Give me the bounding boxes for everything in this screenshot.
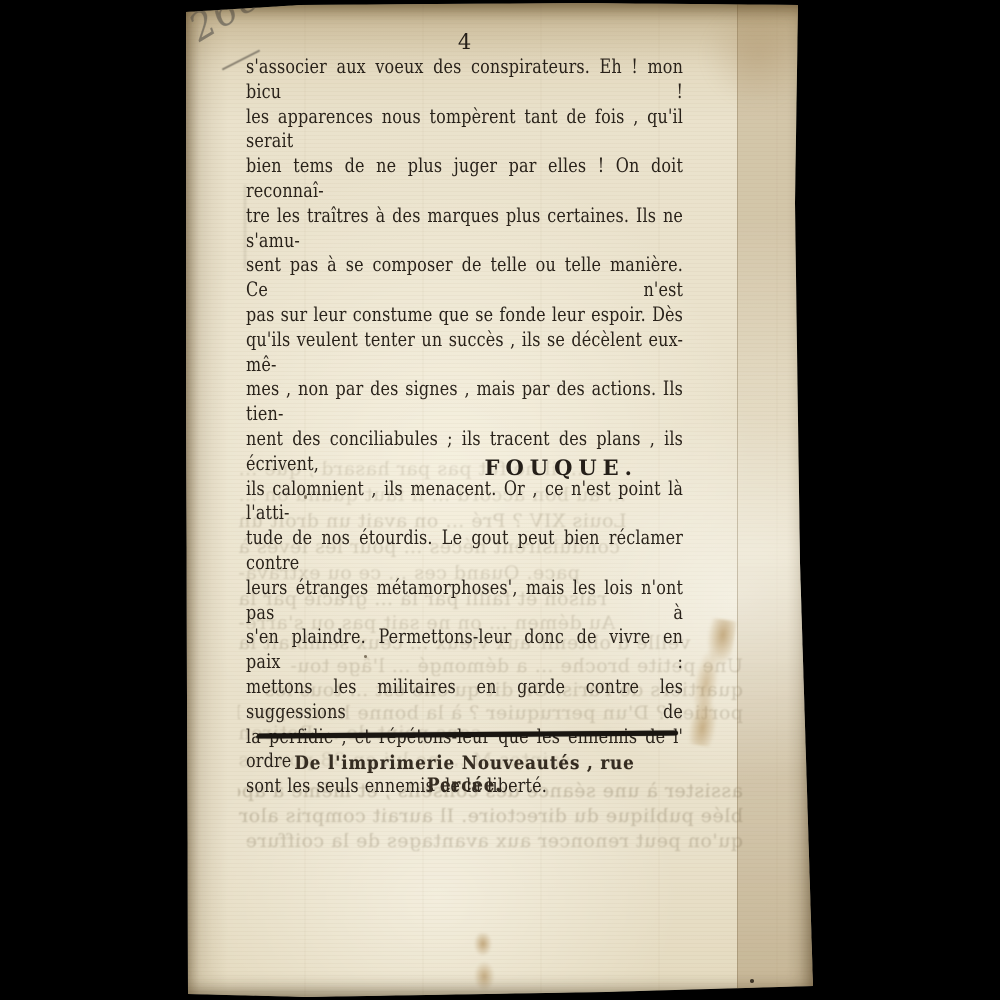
paragraph-line: sent pas à se composer de telle ou telle… bbox=[246, 253, 683, 303]
bleedthrough-line: qu'on peut renoncer aux avantages de la … bbox=[238, 832, 743, 851]
paragraph-line: qu'ils veulent tenter un succès , ils se… bbox=[246, 328, 683, 378]
paragraph-line: s'en plaindre. Permettons-leur donc de v… bbox=[246, 625, 683, 675]
paragraph-line: tude de nos étourdis. Le gout peut bien … bbox=[246, 526, 683, 576]
main-paragraph: s'associer aux voeux des conspirateurs. … bbox=[246, 55, 683, 799]
paragraph-line: bien tems de ne plus juger par elles ! O… bbox=[246, 154, 683, 204]
paragraph-line: mettons les militaires en garde contre l… bbox=[246, 675, 683, 725]
stain-bottom bbox=[470, 933, 496, 993]
stain-top-right bbox=[686, 11, 806, 121]
page-number: 4 bbox=[246, 30, 683, 54]
paragraph-line: mes , non par des signes , mais par des … bbox=[246, 377, 683, 427]
imprint-text: De l'imprimerie Nouveautés , rue Percée. bbox=[272, 752, 657, 796]
document-page: … il ne fut pas par hasard , que …… au b… bbox=[186, 3, 813, 997]
right-edge-fold-band bbox=[737, 3, 814, 997]
bleedthrough-line: blée publique du directoire. Il aurait c… bbox=[238, 807, 743, 826]
paragraph-line: s'associer aux voeux des conspirateurs. … bbox=[246, 55, 683, 105]
signature: FOUQUE. bbox=[246, 455, 683, 480]
paragraph-line: ils calomnient , ils menacent. Or , ce n… bbox=[246, 477, 683, 527]
paragraph-line: pas sur leur constume que se fonde leur … bbox=[246, 303, 683, 328]
stain-right-hook bbox=[681, 616, 737, 748]
signature-text: FOUQUE. bbox=[485, 455, 638, 480]
paragraph-line: leurs étranges métamorphoses', mais les … bbox=[246, 576, 683, 626]
ink-speck bbox=[750, 979, 754, 983]
photo-background: … il ne fut pas par hasard , que …… au b… bbox=[0, 0, 1000, 1000]
paragraph-line: tre les traîtres à des marques plus cert… bbox=[246, 204, 683, 254]
imprint-line: De l'imprimerie Nouveautés , rue Percée. bbox=[246, 752, 683, 796]
paragraph-line: les apparences nous tompèrent tant de fo… bbox=[246, 105, 683, 155]
